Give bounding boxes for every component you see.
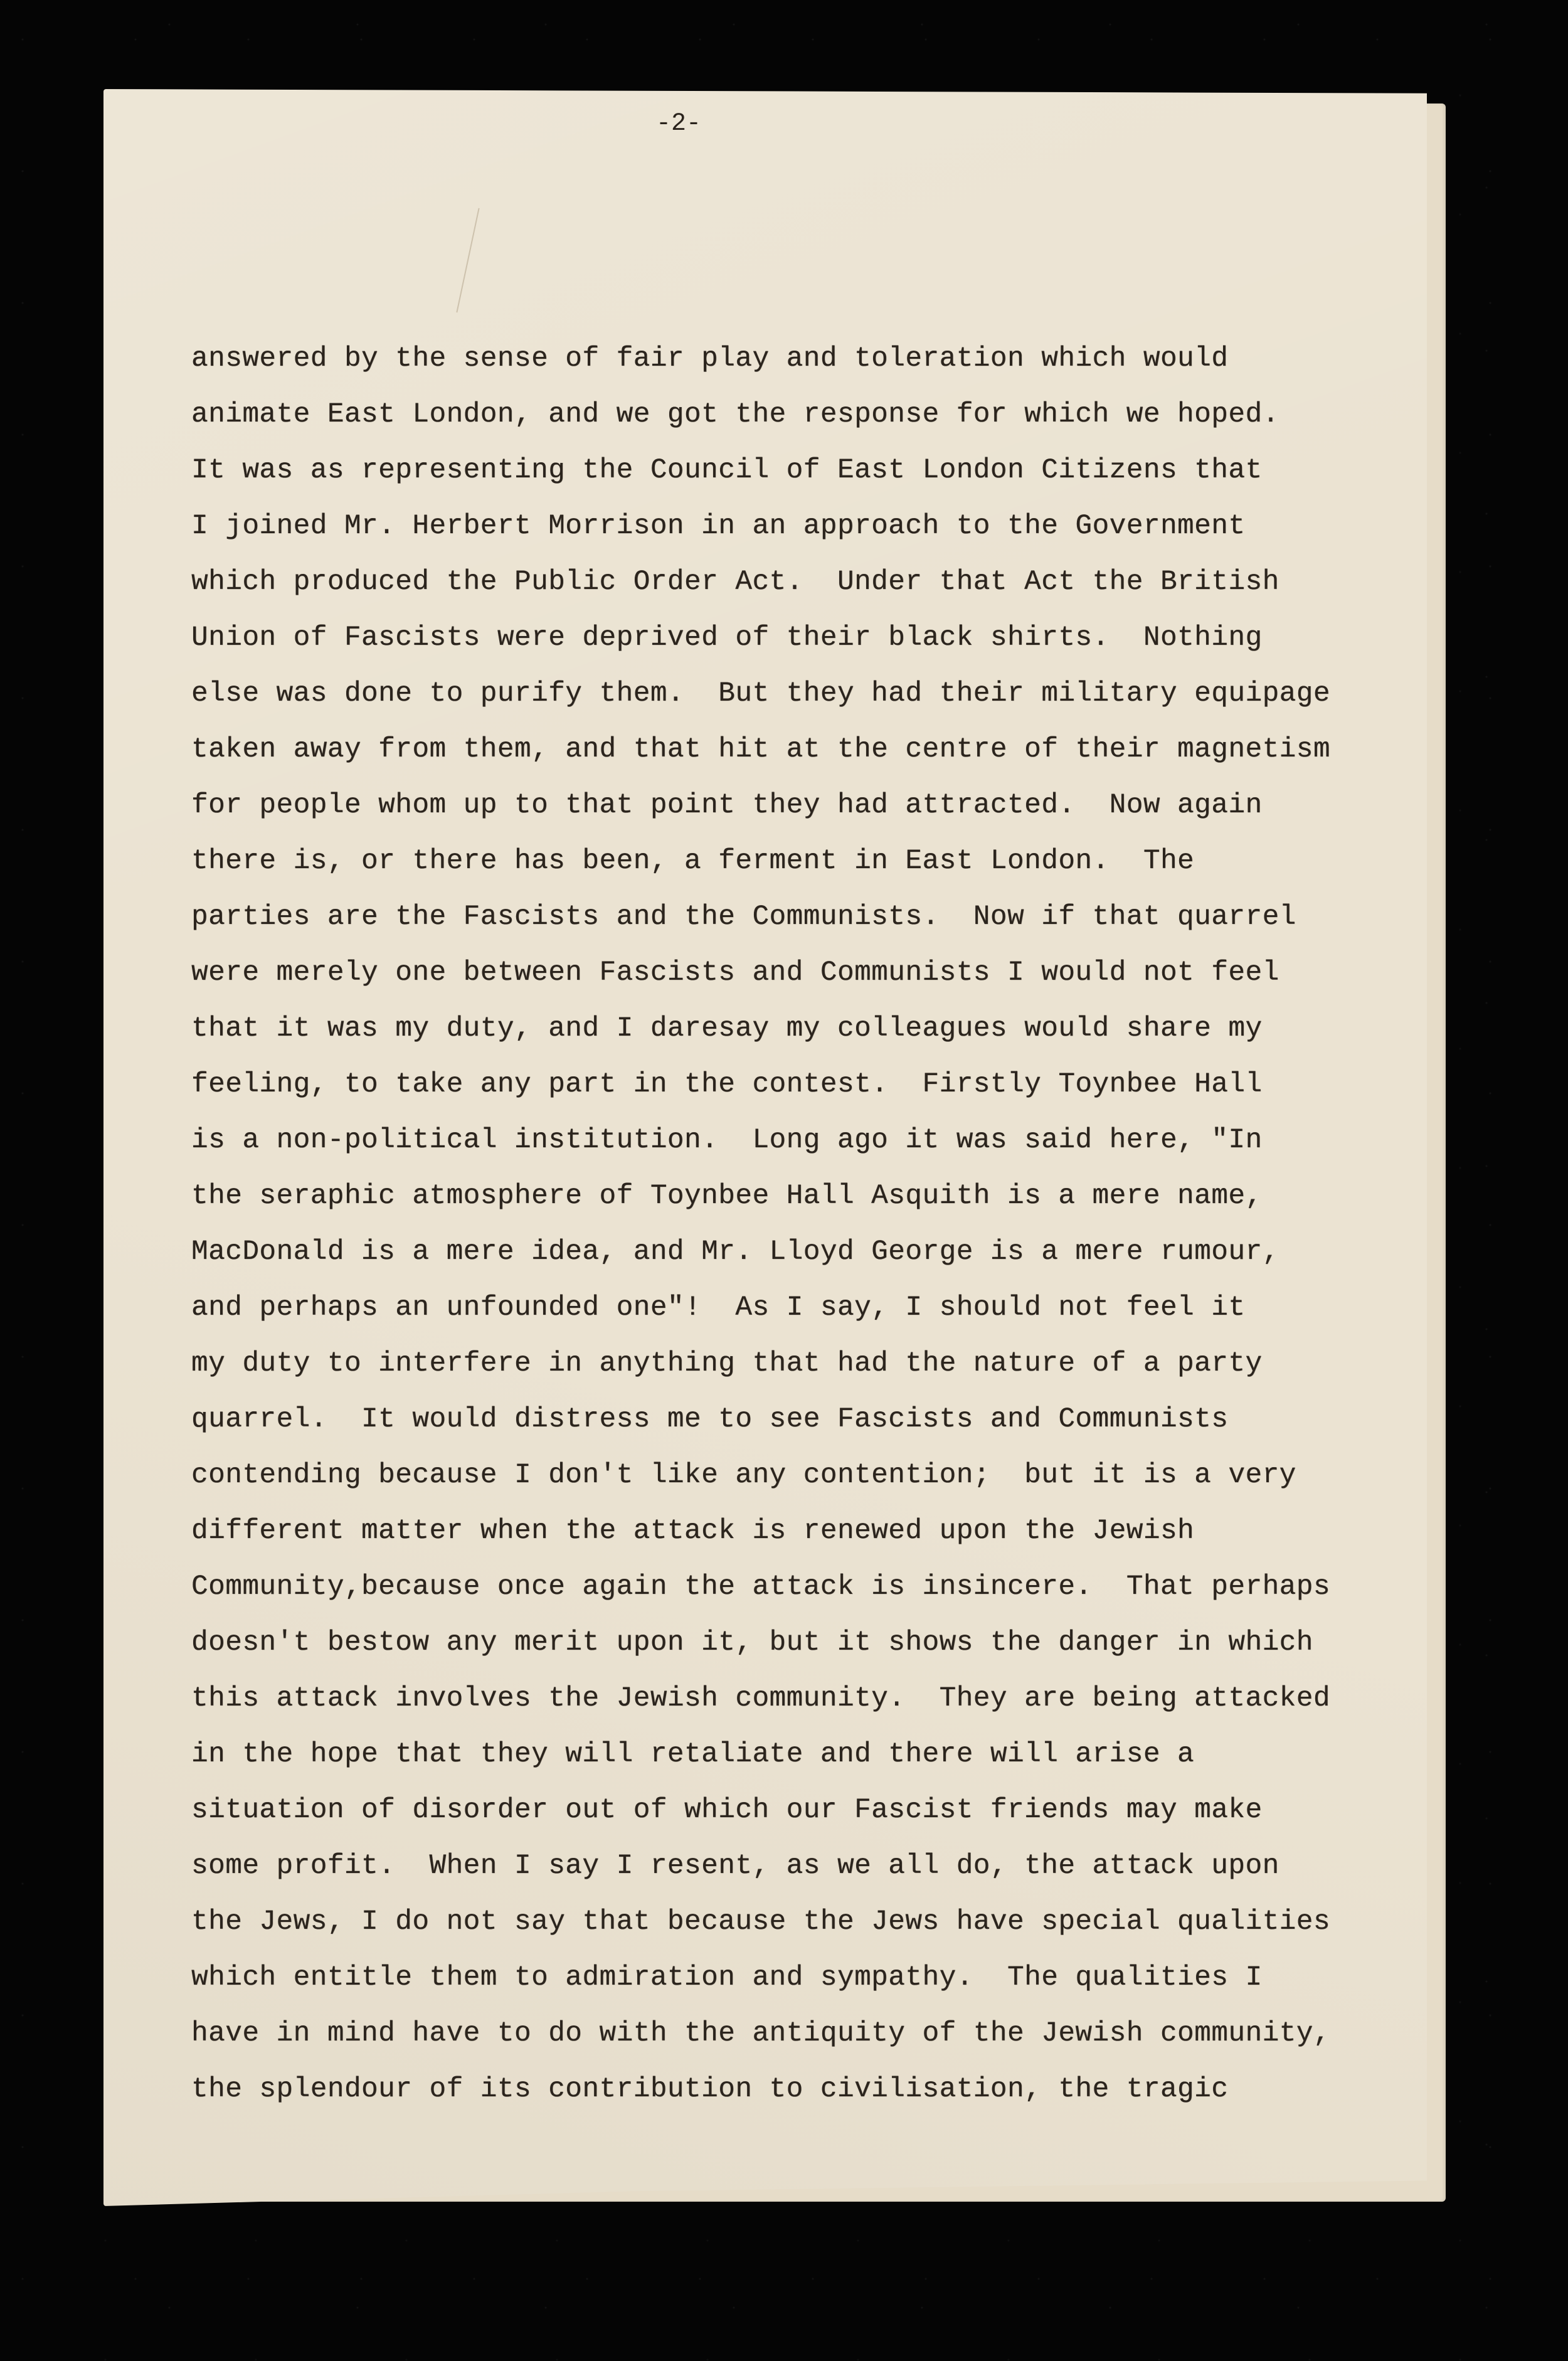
text-line: quarrel. It would distress me to see Fas… (191, 1392, 1383, 1448)
text-line: parties are the Fascists and the Communi… (191, 889, 1383, 945)
typed-body-text: answered by the sense of fair play and t… (191, 331, 1383, 2118)
text-line: my duty to interfere in anything that ha… (191, 1336, 1383, 1392)
text-line: doesn't bestow any merit upon it, but it… (191, 1615, 1383, 1671)
text-line: were merely one between Fascists and Com… (191, 945, 1383, 1001)
text-line: animate East London, and we got the resp… (191, 387, 1383, 443)
text-line: different matter when the attack is rene… (191, 1504, 1383, 1559)
text-line: there is, or there has been, a ferment i… (191, 834, 1383, 889)
text-line: feeling, to take any part in the contest… (191, 1057, 1383, 1113)
text-line: is a non-political institution. Long ago… (191, 1113, 1383, 1169)
text-line: for people whom up to that point they ha… (191, 778, 1383, 834)
text-line: in the hope that they will retaliate and… (191, 1727, 1383, 1783)
text-line: I joined Mr. Herbert Morrison in an appr… (191, 499, 1383, 554)
text-line: It was as representing the Council of Ea… (191, 443, 1383, 499)
text-line: contending because I don't like any cont… (191, 1448, 1383, 1504)
text-line: the splendour of its contribution to civ… (191, 2062, 1383, 2118)
text-line: Community,because once again the attack … (191, 1559, 1383, 1615)
text-line: MacDonald is a mere idea, and Mr. Lloyd … (191, 1224, 1383, 1280)
page-number: -2- (656, 112, 701, 137)
text-line: the Jews, I do not say that because the … (191, 1894, 1383, 1950)
text-line: else was done to purify them. But they h… (191, 666, 1383, 722)
text-line: which produced the Public Order Act. Und… (191, 554, 1383, 610)
text-line: and perhaps an unfounded one"! As I say,… (191, 1280, 1383, 1336)
text-line: answered by the sense of fair play and t… (191, 331, 1383, 387)
text-line: taken away from them, and that hit at th… (191, 722, 1383, 778)
text-line: that it was my duty, and I daresay my co… (191, 1001, 1383, 1057)
text-line: have in mind have to do with the antiqui… (191, 2006, 1383, 2062)
text-line: which entitle them to admiration and sym… (191, 1950, 1383, 2006)
text-line: this attack involves the Jewish communit… (191, 1671, 1383, 1727)
text-line: some profit. When I say I resent, as we … (191, 1838, 1383, 1894)
text-line: the seraphic atmosphere of Toynbee Hall … (191, 1169, 1383, 1224)
text-line: Union of Fascists were deprived of their… (191, 610, 1383, 666)
text-line: situation of disorder out of which our F… (191, 1783, 1383, 1838)
